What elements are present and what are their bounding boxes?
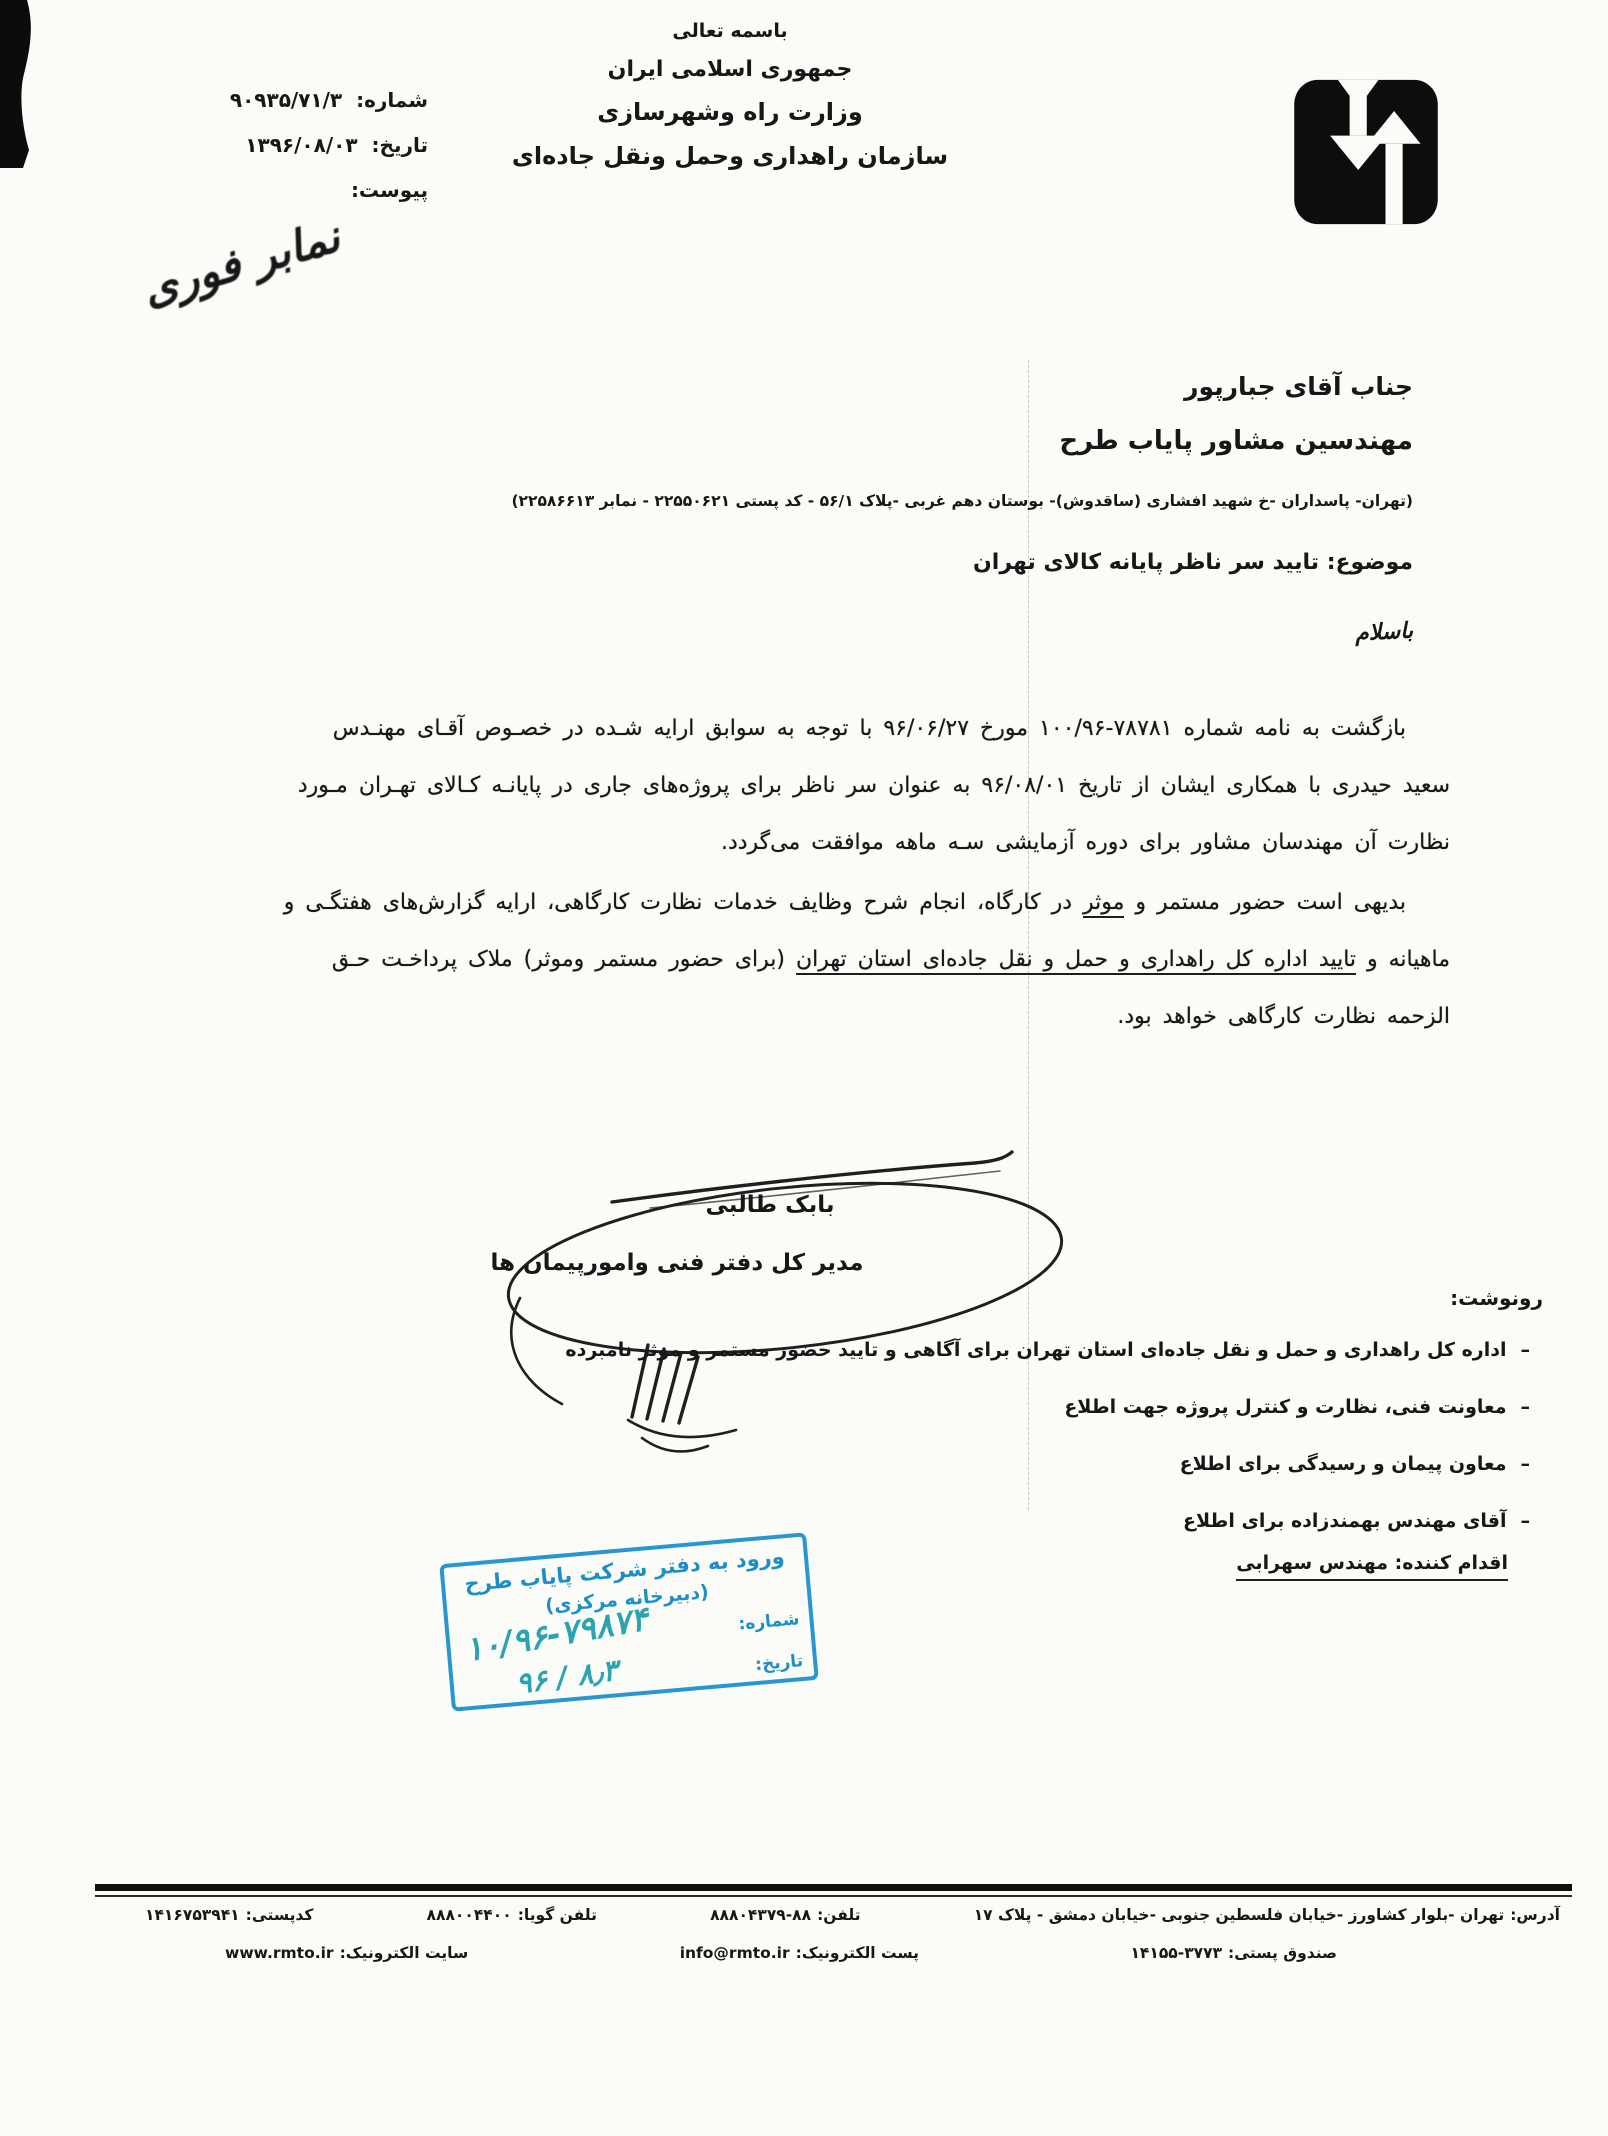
cc-item-dash: – xyxy=(1521,1510,1531,1532)
recipient-address: (تهران- پاسداران -خ شهید افشاری (ساقدوش)… xyxy=(511,492,1413,510)
address-label: آدرس: xyxy=(1510,1906,1560,1924)
footer-phone: تلفن:۸۸۸۰۴۳۷۹-۸۸ xyxy=(710,1906,861,1924)
stamp-date-value: ۹۶ / ۸٫۳ xyxy=(514,1653,620,1701)
letter-date-label: تاریخ: xyxy=(372,133,428,157)
supervision-start-date: ۹۶/۰۸/۰۱ xyxy=(981,773,1067,798)
stamp-date-label: تاریخ: xyxy=(754,1651,804,1675)
address-value: تهران -بلوار کشاورز -خیابان فلسطین جنوبی… xyxy=(974,1906,1505,1924)
voice-phone-label: تلفن گویا: xyxy=(518,1906,597,1924)
footer-voice-phone: تلفن گویا:۸۸۸۰۰۴۴۰۰ xyxy=(427,1906,597,1924)
letter-number-value: ۹۰۹۳۵/۷۱/۳ xyxy=(230,88,342,112)
p2-l2-underlined: تایید اداره کل راهداری و حمل و نقل جاده‌… xyxy=(796,947,1356,975)
cc-item-text: اداره کل راهداری و حمل و نقل جاده‌ای است… xyxy=(565,1339,1506,1361)
footer-address: آدرس:تهران -بلوار کشاورز -خیابان فلسطین … xyxy=(974,1906,1560,1924)
scan-edge-artifact xyxy=(0,0,46,168)
letterhead: باسمه تعالی جمهوری اسلامی ایران وزارت را… xyxy=(450,20,1010,170)
recipient-name: جناب آقای جبارپور xyxy=(1184,372,1413,401)
body-p2-line2: ماهیانه و تایید اداره کل راهداری و حمل و… xyxy=(160,931,1450,988)
body-p1-line2: سعید حیدری با همکاری ایشان از تاریخ ۹۶/۰… xyxy=(160,757,1450,814)
phone-value: ۸۸۸۰۴۳۷۹-۸۸ xyxy=(710,1906,811,1924)
p2-l1-underlined: موثر xyxy=(1083,890,1124,918)
letter-attachment-label: پیوست: xyxy=(351,178,428,202)
postcode-value: ۱۴۱۶۷۵۳۹۴۱ xyxy=(145,1906,240,1924)
scanned-letter-page: شماره: ۹۰۹۳۵/۷۱/۳ تاریخ: ۱۳۹۶/۰۸/۰۳ پیوس… xyxy=(0,0,1608,2136)
letter-attachment-row: پیوست: xyxy=(150,178,428,202)
signer-name: بابک طالبی xyxy=(655,1192,885,1218)
cc-item-dash: – xyxy=(1521,1396,1531,1418)
body-p1-line3: نظارت آن مهندسان مشاور برای دوره آزمایشی… xyxy=(160,814,1450,871)
cc-item-dash: – xyxy=(1521,1339,1531,1361)
handwritten-urgent-note: نمابر فوری xyxy=(140,238,460,388)
website-value: www.rmto.ir xyxy=(225,1944,334,1962)
p1-l1a: بازگشت به نامه شماره xyxy=(1173,716,1406,741)
organization-line: سازمان راهداری وحمل ونقل جاده‌ای xyxy=(450,142,1010,170)
cc-item-text: آقای مهندس بهمندزاده برای اطلاع xyxy=(1183,1510,1506,1532)
body-p2-line3: الزحمه نظارت کارگاهی خواهد بود. xyxy=(160,988,1450,1045)
cc-item: –آقای مهندس بهمندزاده برای اطلاع xyxy=(410,1493,1530,1550)
urgent-note-text: نمابر فوری xyxy=(137,211,346,316)
action-officer: اقدام کننده: مهندس سهرابی xyxy=(1236,1552,1508,1581)
pobox-label: صندوق پستی: xyxy=(1228,1944,1337,1962)
p2-l1b: در کارگاه، انجام شرح وظایف خدمات نظارت ک… xyxy=(284,890,1083,915)
letter-number-label: شماره: xyxy=(356,88,428,112)
state-line: جمهوری اسلامی ایران xyxy=(450,57,1010,82)
footer-pobox: صندوق پستی:۱۴۱۵۵-۳۷۷۳ xyxy=(1130,1944,1337,1962)
referenced-letter-number: ۱۰۰/۹۶-۷۸۷۸۱ xyxy=(1039,716,1173,741)
letter-date-row: تاریخ: ۱۳۹۶/۰۸/۰۳ xyxy=(150,133,428,157)
salutation: باسلام xyxy=(1354,618,1413,646)
p1-l2b: به عنوان سر ناظر برای پروژه‌های جاری در … xyxy=(298,773,982,798)
postcode-label: کدپستی: xyxy=(246,1906,314,1924)
cc-item-text: معاون پیمان و رسیدگی برای اطلاع xyxy=(1180,1453,1507,1475)
referenced-letter-date: ۹۶/۰۶/۲۷ xyxy=(883,716,969,741)
p2-l2b: (برای حضور مستمر وموثر) ملاک پرداخـت حـق xyxy=(332,947,796,972)
stamp-number-label: شماره: xyxy=(738,1609,801,1634)
rmto-logo-icon xyxy=(1288,70,1444,234)
body-p2-line1: بدیهی است حضور مستمر و موثر در کارگاه، ا… xyxy=(160,874,1450,931)
company-receipt-stamp: ورود به دفتر شرکت پایاب طرح (دبیرخانه مر… xyxy=(439,1532,818,1712)
pobox-value: ۱۴۱۵۵-۳۷۷۳ xyxy=(1130,1944,1222,1962)
signer-title: مدیر کل دفتر فنی وامورپیمان ها xyxy=(462,1250,892,1276)
p2-l1a: بدیهی است حضور مستمر و xyxy=(1124,890,1406,915)
phone-label: تلفن: xyxy=(817,1906,860,1924)
p1-l1b: مورخ xyxy=(969,716,1039,741)
cc-list: –اداره کل راهداری و حمل و نقل جاده‌ای اس… xyxy=(410,1322,1530,1550)
email-value: info@rmto.ir xyxy=(680,1944,790,1962)
p1-l2a: سعید حیدری با همکاری ایشان از تاریخ xyxy=(1067,773,1450,798)
footer-postcode: کدپستی:۱۴۱۶۷۵۳۹۴۱ xyxy=(145,1906,313,1924)
email-label: پست الکترونیک: xyxy=(796,1944,919,1962)
letter-number-row: شماره: ۹۰۹۳۵/۷۱/۳ xyxy=(150,88,428,112)
recipient-company: مهندسین مشاور پایاب طرح xyxy=(1059,426,1413,456)
footer-line2: صندوق پستی:۱۴۱۵۵-۳۷۷۳ پست الکترونیک:info… xyxy=(225,1944,1337,1962)
letter-meta-block: شماره: ۹۰۹۳۵/۷۱/۳ تاریخ: ۱۳۹۶/۰۸/۰۳ پیوس… xyxy=(150,88,428,223)
p2-l2a: ماهیانه و xyxy=(1356,947,1450,972)
website-label: سایت الکترونیک: xyxy=(340,1944,469,1962)
footer-email: پست الکترونیک:info@rmto.ir xyxy=(680,1944,919,1962)
ministry-line: وزارت راه وشهرسازی xyxy=(450,98,1010,126)
letter-date-value: ۱۳۹۶/۰۸/۰۳ xyxy=(245,133,357,157)
footer-line1: آدرس:تهران -بلوار کشاورز -خیابان فلسطین … xyxy=(145,1906,1560,1924)
voice-phone-value: ۸۸۸۰۰۴۴۰۰ xyxy=(427,1906,512,1924)
letter-body: بازگشت به نامه شماره ۱۰۰/۹۶-۷۸۷۸۱ مورخ ۹… xyxy=(160,700,1450,1045)
footer-divider xyxy=(95,1884,1572,1897)
cc-item: –اداره کل راهداری و حمل و نقل جاده‌ای اس… xyxy=(410,1322,1530,1379)
cc-item: –معاونت فنی، نظارت و کنترل پروژه جهت اطل… xyxy=(410,1379,1530,1436)
subject-line: موضوع: تایید سر ناظر پایانه کالای تهران xyxy=(973,550,1413,575)
cc-item: –معاون پیمان و رسیدگی برای اطلاع xyxy=(410,1436,1530,1493)
body-p1-line1: بازگشت به نامه شماره ۱۰۰/۹۶-۷۸۷۸۱ مورخ ۹… xyxy=(160,700,1450,757)
footer-website: سایت الکترونیک:www.rmto.ir xyxy=(225,1944,468,1962)
cc-item-text: معاونت فنی، نظارت و کنترل پروژه جهت اطلا… xyxy=(1064,1396,1506,1418)
invocation-line: باسمه تعالی xyxy=(450,20,1010,42)
cc-label: رونوشت: xyxy=(1450,1286,1543,1310)
p1-l1c: با توجه به سوابق ارایه شـده در خصـوص آقـ… xyxy=(333,716,884,741)
cc-item-dash: – xyxy=(1521,1453,1531,1475)
